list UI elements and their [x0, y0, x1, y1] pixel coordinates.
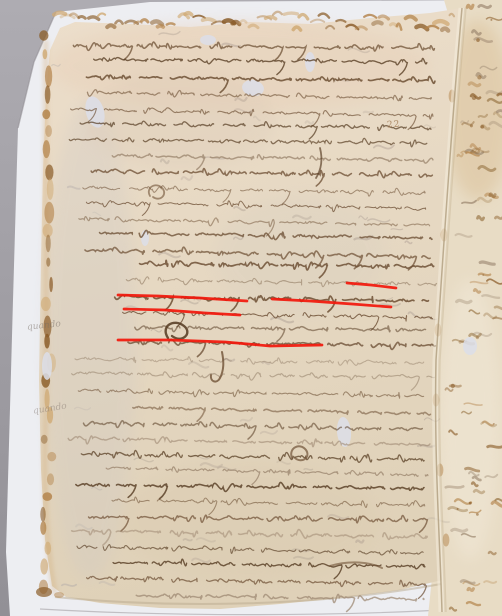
manuscript-photo: 22 quando quando	[0, 0, 502, 616]
photo-canvas	[0, 0, 502, 616]
repair-patch	[42, 352, 52, 380]
repair-patch	[305, 52, 315, 72]
repair-patch	[463, 337, 477, 355]
repair-patch	[200, 35, 216, 45]
